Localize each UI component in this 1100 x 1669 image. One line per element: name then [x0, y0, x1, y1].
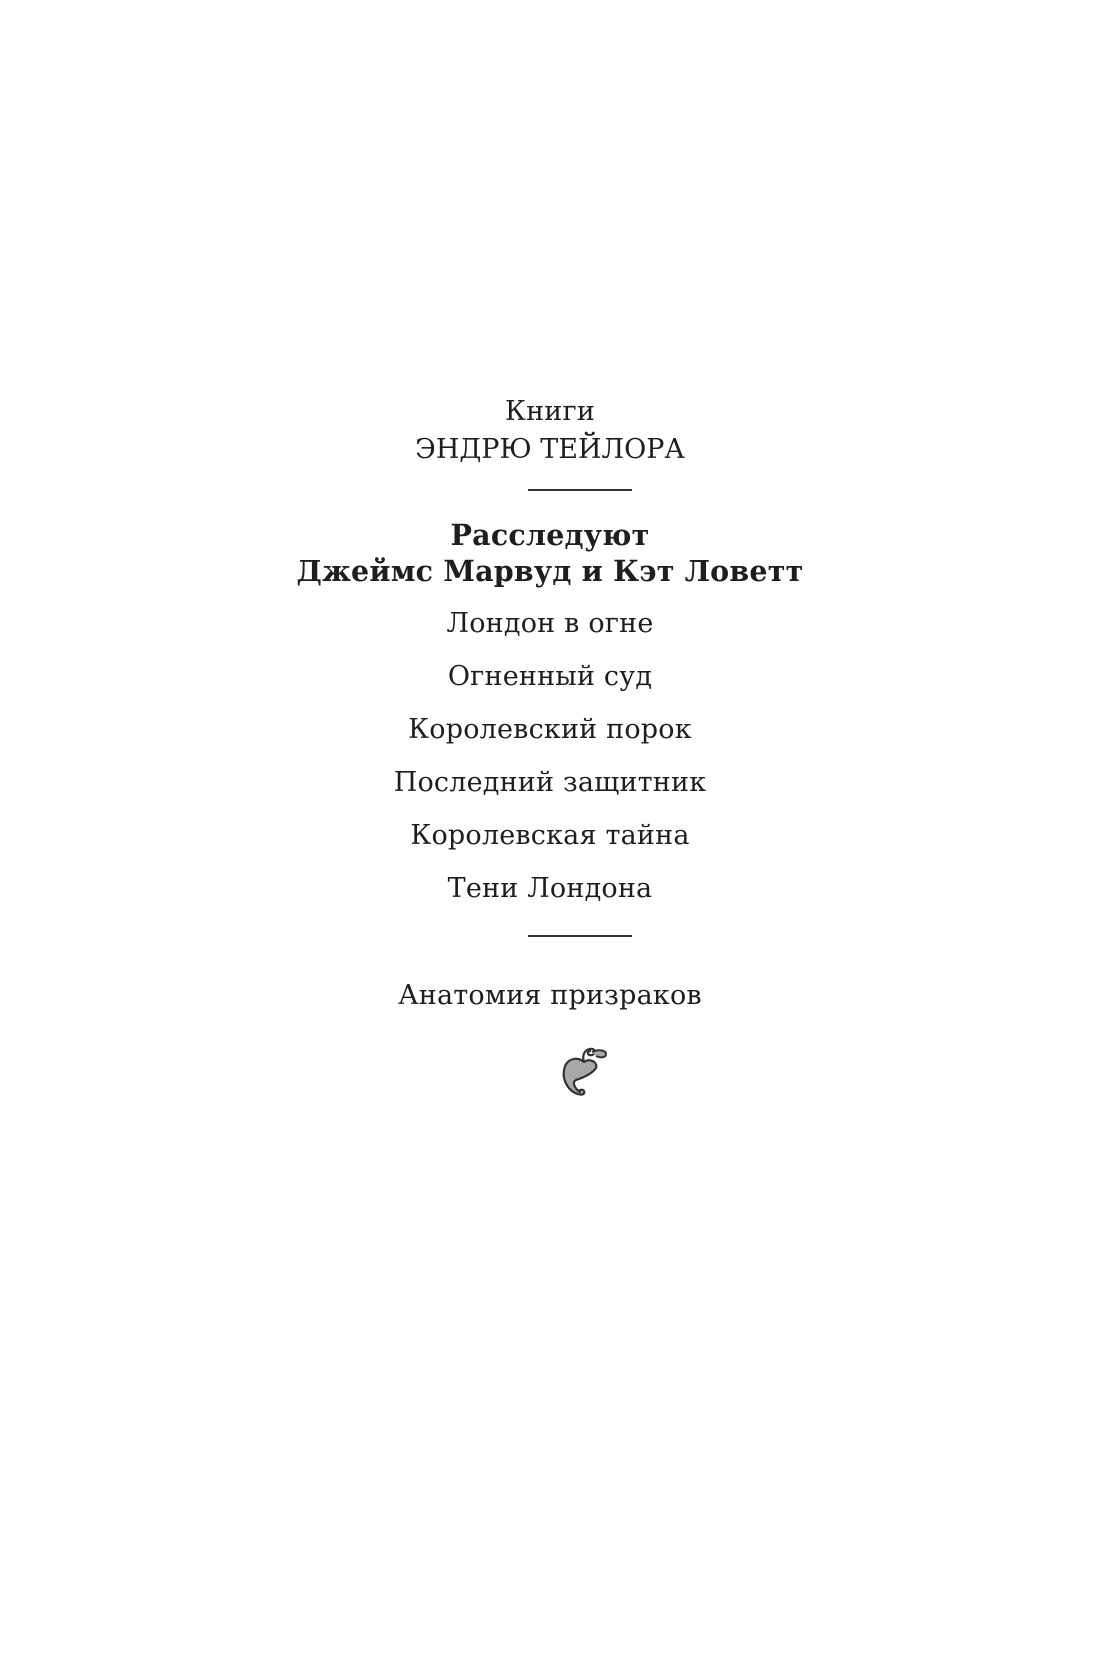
book-title: Королевский порок	[0, 714, 1100, 745]
book-title: Лондон в огне	[0, 608, 1100, 639]
series-title-line1: Расследуют	[0, 518, 1100, 552]
divider	[528, 489, 632, 491]
book-title: Анатомия призраков	[0, 980, 1100, 1011]
divider	[528, 935, 632, 937]
book-title: Последний защитник	[0, 767, 1100, 798]
leaf-fleuron-icon	[556, 1040, 612, 1100]
header-books-label: Книги	[0, 396, 1100, 427]
book-title: Тени Лондона	[0, 873, 1100, 904]
series-title-line2: Джеймс Марвуд и Кэт Ловетт	[0, 554, 1100, 588]
book-title: Огненный суд	[0, 661, 1100, 692]
book-title: Королевская тайна	[0, 820, 1100, 851]
author-name: ЭНДРЮ ТЕЙЛОРА	[0, 434, 1100, 465]
